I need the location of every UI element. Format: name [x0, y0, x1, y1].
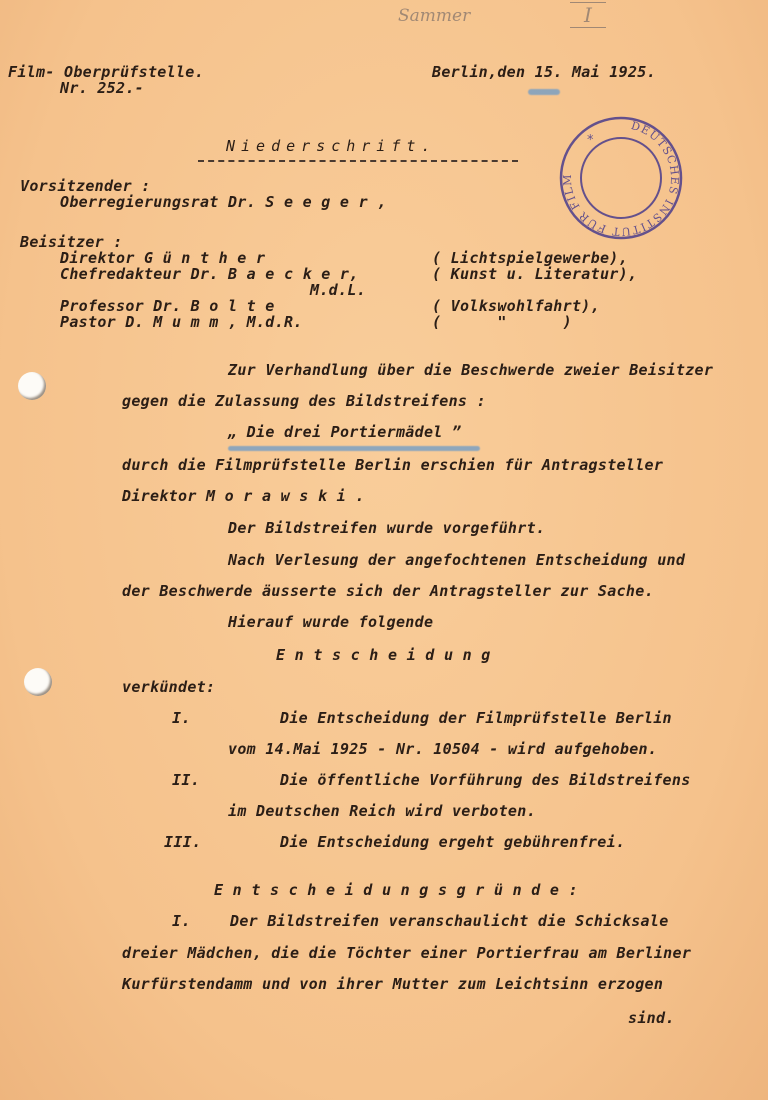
decision-heading: E n t s c h e i d u n g [276, 647, 491, 663]
announced-label: verkündet: [122, 679, 215, 695]
numeral-text: I [584, 3, 592, 27]
assessor-suffix: M.d.L. [310, 282, 366, 298]
chair-label: Vorsitzender : [20, 178, 151, 194]
handwritten-name: Sammer [398, 6, 470, 26]
handwritten-numeral: I [570, 2, 606, 28]
assessor-field: ( " ) [432, 314, 572, 330]
reasons-text: sind. [628, 1010, 675, 1026]
svg-text:*: * [587, 133, 594, 148]
decision-text: Die Entscheidung ergeht gebührenfrei. [280, 834, 625, 850]
decision-text: Die öffentliche Vorführung des Bildstrei… [280, 772, 691, 788]
blue-pencil-mark [528, 89, 560, 95]
institute-stamp: DEUTSCHES INSTITUT FÜR FILMKUNDE E.V. * [557, 114, 685, 242]
stamp-seal-icon: DEUTSCHES INSTITUT FÜR FILMKUNDE E.V. * [557, 114, 685, 242]
assessor-name: Pastor D. M u m m , M.d.R. [60, 314, 303, 330]
reasons-heading: E n t s c h e i d u n g s g r ü n d e : [214, 882, 578, 898]
body-line: Der Bildstreifen wurde vorgeführt. [228, 520, 545, 536]
place-date: Berlin,den 15. Mai 1925. [432, 64, 656, 80]
reasons-numeral: I. [172, 913, 191, 929]
body-line: Hierauf wurde folgende [228, 614, 433, 630]
body-line: Direktor M o r a w s k i . [122, 488, 365, 504]
reasons-text: dreier Mädchen, die die Töchter einer Po… [122, 945, 691, 961]
assessor-field: ( Volkswohlfahrt), [432, 298, 600, 314]
decision-text: im Deutschen Reich wird verboten. [228, 803, 536, 819]
punch-hole [24, 668, 52, 696]
assessors-label: Beisitzer : [20, 234, 123, 250]
document-title: Niederschrift. [226, 138, 436, 154]
body-line: Zur Verhandlung über die Beschwerde zwei… [228, 362, 713, 378]
film-title: „ Die drei Portiermädel ” [228, 424, 461, 440]
assessor-name: Professor Dr. B o l t e [60, 298, 275, 314]
punch-hole [18, 372, 46, 400]
decision-numeral: II. [172, 772, 200, 788]
svg-text:DEUTSCHES INSTITUT FÜR FILMKUN: DEUTSCHES INSTITUT FÜR FILMKUNDE E.V. [557, 114, 681, 238]
decision-text: vom 14.Mai 1925 - Nr. 10504 - wird aufge… [228, 741, 657, 757]
body-line: der Beschwerde äusserte sich der Antrags… [122, 583, 654, 599]
title-underline [198, 160, 518, 162]
office-name: Film- Oberprüfstelle. [8, 64, 204, 80]
assessor-field: ( Lichtspielgewerbe), [432, 250, 628, 266]
assessor-name: Direktor G ü n t h e r [60, 250, 265, 266]
body-line: durch die Filmprüfstelle Berlin erschien… [122, 457, 663, 473]
document-number: Nr. 252.- [60, 80, 144, 96]
reasons-text: Der Bildstreifen veranschaulicht die Sch… [230, 913, 669, 929]
decision-numeral: I. [172, 710, 191, 726]
assessor-field: ( Kunst u. Literatur), [432, 266, 637, 282]
decision-numeral: III. [164, 834, 201, 850]
film-title-underline [228, 446, 480, 451]
chair-name: Oberregierungsrat Dr. S e e g e r , [60, 194, 387, 210]
body-line: gegen die Zulassung des Bildstreifens : [122, 393, 486, 409]
reasons-text: Kurfürstendamm und von ihrer Mutter zum … [122, 976, 663, 992]
body-line: Nach Verlesung der angefochtenen Entsche… [228, 552, 685, 568]
assessor-name: Chefredakteur Dr. B a e c k e r, [60, 266, 359, 282]
decision-text: Die Entscheidung der Filmprüfstelle Berl… [280, 710, 672, 726]
